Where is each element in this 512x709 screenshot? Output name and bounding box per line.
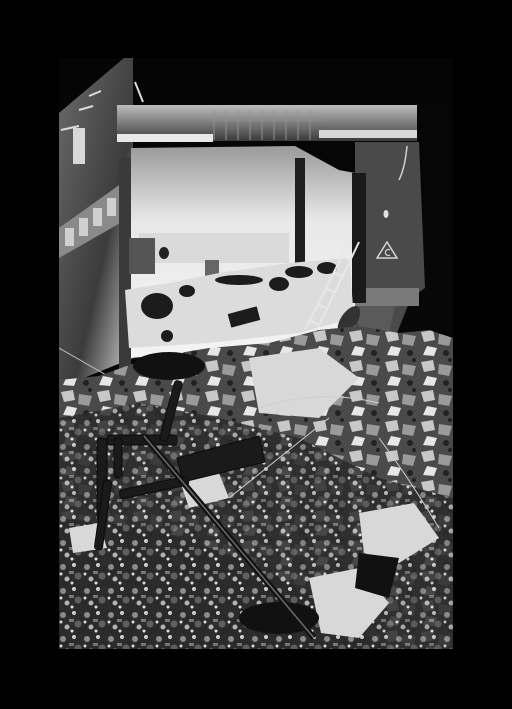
photo-negative	[59, 58, 453, 649]
upper-floor-slab	[117, 105, 417, 142]
column-center	[295, 158, 305, 268]
scene-drawing	[59, 58, 453, 649]
column-right	[352, 173, 366, 303]
